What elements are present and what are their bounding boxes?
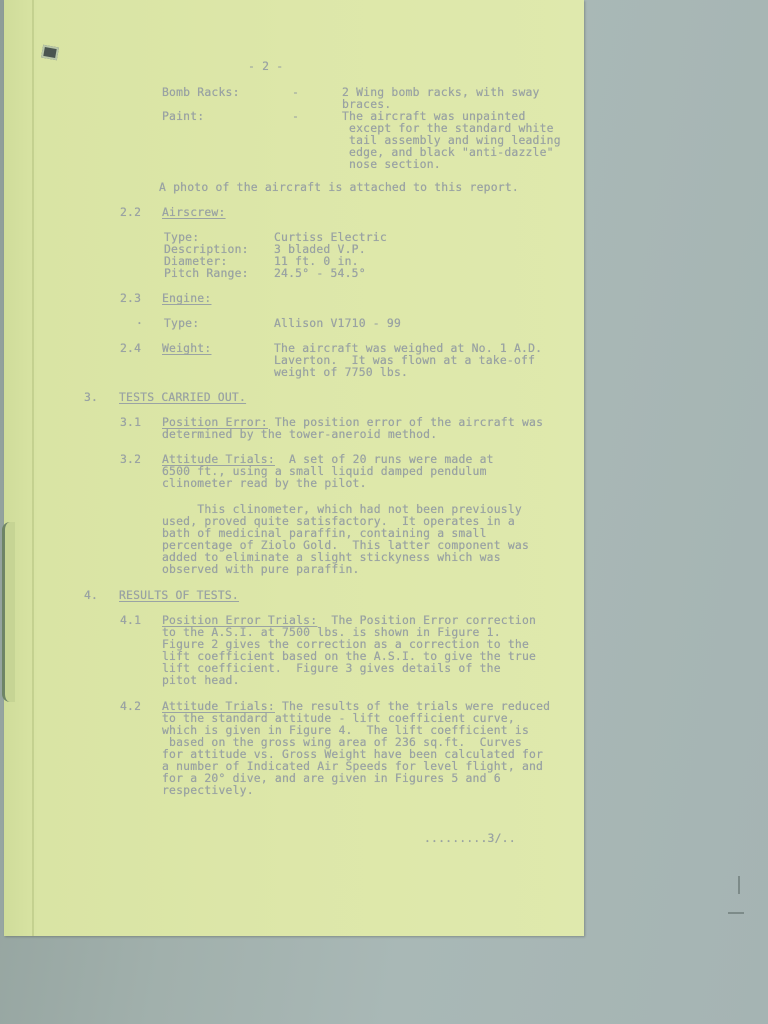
page-number: - 2 - <box>248 60 283 73</box>
section-number: 2.3 <box>120 292 141 305</box>
bomb-racks-dash: - <box>292 86 299 99</box>
section-number: 2.4 <box>120 342 141 355</box>
subsection-number: 3.1 <box>120 416 141 429</box>
subsection-number: 3.2 <box>120 453 141 466</box>
bomb-racks-label: Bomb Racks: <box>162 86 240 99</box>
subsection-number: 4.1 <box>120 614 141 627</box>
airscrew-pitch-label: Pitch Range: <box>164 267 249 280</box>
desk-mark <box>728 912 744 914</box>
section-heading-results: RESULTS OF TESTS. <box>119 589 239 602</box>
document-page: - 2 - Bomb Racks: - 2 Wing bomb racks, w… <box>4 0 584 936</box>
desk-mark <box>738 876 740 894</box>
position-error-line-2: determined by the tower-aneroid method. <box>162 428 437 441</box>
staple-hole-icon <box>41 45 59 61</box>
section-number: 3. <box>84 391 98 404</box>
section-heading-airscrew: Airscrew: <box>162 206 226 219</box>
paint-label: Paint: <box>162 110 204 123</box>
section-number: 2.2 <box>120 206 141 219</box>
paper-notch <box>2 522 15 702</box>
photo-note: A photo of the aircraft is attached to t… <box>159 181 519 194</box>
engine-type-value: Allison V1710 - 99 <box>274 317 401 330</box>
pe-trials-line-6: pitot head. <box>162 674 240 687</box>
attitude-results-line-8: respectively. <box>162 784 254 797</box>
section-heading-engine: Engine: <box>162 292 211 305</box>
attitude-line-3: clinometer read by the pilot. <box>162 477 367 490</box>
paint-dash: - <box>292 110 299 123</box>
weight-line-3: weight of 7750 lbs. <box>274 366 408 379</box>
continuation-marker: .........3/.. <box>424 832 516 845</box>
subsection-number: 4.2 <box>120 700 141 713</box>
airscrew-pitch-value: 24.5° - 54.5° <box>274 267 366 280</box>
engine-type-label: Type: <box>164 317 199 330</box>
section-heading-tests: TESTS CARRIED OUT. <box>119 391 246 404</box>
section-number: 4. <box>84 589 98 602</box>
section-heading-weight: Weight: <box>162 342 211 355</box>
paint-line-5: nose section. <box>342 158 441 171</box>
clinometer-line-6: observed with pure paraffin. <box>162 563 360 576</box>
bullet-mark: · <box>136 317 143 330</box>
